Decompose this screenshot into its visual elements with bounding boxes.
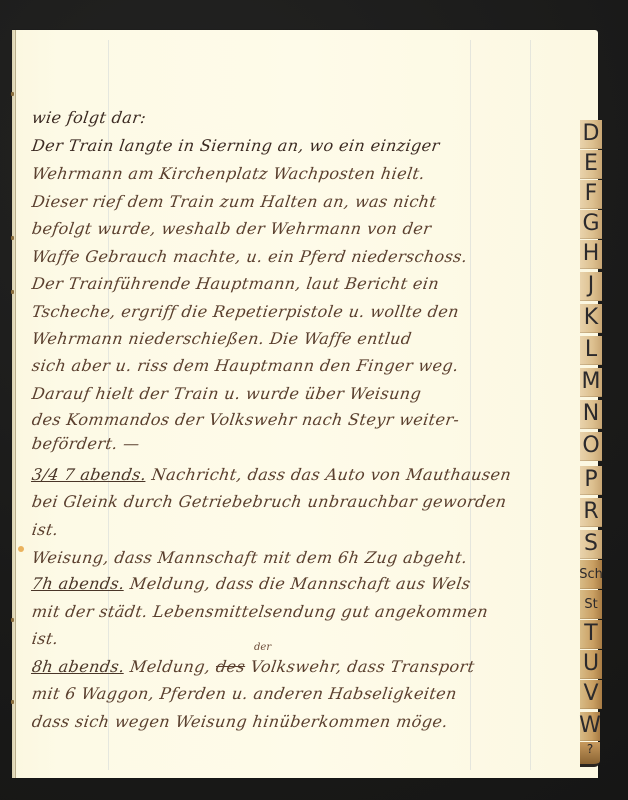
index-tab-v[interactable]: V <box>580 680 602 709</box>
index-tab-g[interactable]: G <box>580 210 602 239</box>
index-tab-r[interactable]: R <box>580 498 602 527</box>
index-tab-u[interactable]: U <box>580 650 602 679</box>
index-tab-t[interactable]: T <box>580 620 602 649</box>
entry-time: 7h abends. <box>31 574 126 593</box>
gutter-line <box>15 30 16 778</box>
text-line: Darauf hielt der Train u. wurde über Wei… <box>31 384 423 403</box>
index-tab-p[interactable]: P <box>580 466 602 495</box>
index-tab-o[interactable]: O <box>580 432 602 461</box>
entry-time: 8h abends. <box>31 657 126 676</box>
index-tab-k[interactable]: K <box>580 304 602 333</box>
text-line: 3/4 7 abends. Nachricht, dass das Auto v… <box>31 465 513 484</box>
text-line: 7h abends. Meldung, dass die Mannschaft … <box>31 574 472 593</box>
entry-text: Meldung, dass die Mannschaft aus Wels <box>129 574 472 593</box>
binding-stitch <box>11 700 14 704</box>
margin-ruling-line <box>530 40 531 770</box>
index-tab-sch[interactable]: Sch <box>580 560 602 589</box>
entry-text: Volkswehr, dass Transport <box>249 657 476 676</box>
entry-time: 3/4 7 abends. <box>31 465 148 484</box>
entry-text: Meldung, <box>129 657 212 676</box>
text-line: Tscheche, ergriff die Repetierpistole u.… <box>31 302 461 321</box>
index-tab-f[interactable]: F <box>580 180 602 209</box>
binding-stitch <box>11 290 14 294</box>
text-line: dass sich wegen Weisung hinüberkommen mö… <box>31 712 450 731</box>
text-line: Weisung, dass Mannschaft mit dem 6h Zug … <box>31 548 469 567</box>
index-tab-m[interactable]: M <box>580 368 602 397</box>
text-line: ist. <box>31 629 60 648</box>
index-tab-l[interactable]: L <box>580 336 602 365</box>
index-tab-w[interactable]: W <box>580 712 600 741</box>
binding-stitch <box>11 236 14 240</box>
binding-stitch <box>11 92 14 96</box>
text-line: Dieser rief dem Train zum Halten an, was… <box>31 192 438 211</box>
index-tab-e[interactable]: E <box>580 150 602 179</box>
index-tab-j[interactable]: J <box>580 272 602 301</box>
ink-stain <box>18 546 24 552</box>
text-line: mit der städt. Lebensmittelsendung gut a… <box>31 602 490 621</box>
index-tab-end[interactable]: ? <box>580 742 600 767</box>
text-line: bei Gleink durch Getriebebruch unbrauchb… <box>31 492 508 511</box>
inserted-word: der <box>254 642 271 653</box>
binding-stitch <box>11 618 14 622</box>
index-tab-d[interactable]: D <box>580 120 602 149</box>
text-line: wie folgt dar: <box>31 108 148 127</box>
text-line: Waffe Gebrauch machte, u. ein Pferd nied… <box>31 247 469 266</box>
text-line: Wehrmann am Kirchenplatz Wachposten hiel… <box>31 164 427 183</box>
index-tab-n[interactable]: N <box>580 400 602 429</box>
text-line: 8h abends. Meldung, des Volkswehr, dass … <box>31 657 476 676</box>
text-line: ist. <box>31 520 60 539</box>
struck-word: des <box>215 657 247 676</box>
text-line: Wehrmann niederschießen. Die Waffe entlu… <box>31 329 413 348</box>
index-tab-end-label: ? <box>580 742 600 756</box>
text-line: Der Trainführende Hauptmann, laut Berich… <box>31 274 441 293</box>
text-line: des Kommandos der Volkswehr nach Steyr w… <box>31 410 461 429</box>
text-line: befördert. — <box>31 434 141 453</box>
text-line: befolgt wurde, weshalb der Wehrmann von … <box>31 219 433 238</box>
text-line: Der Train langte in Sierning an, wo ein … <box>31 136 441 155</box>
text-line: sich aber u. riss dem Hauptmann den Fing… <box>31 356 460 375</box>
index-tab-s[interactable]: S <box>580 530 602 559</box>
index-tab-h[interactable]: H <box>580 240 602 269</box>
entry-text: Nachricht, dass das Auto von Mauthausen <box>151 465 513 484</box>
text-line: mit 6 Waggon, Pferden u. anderen Habseli… <box>31 684 459 703</box>
index-tab-st[interactable]: St <box>580 590 602 619</box>
